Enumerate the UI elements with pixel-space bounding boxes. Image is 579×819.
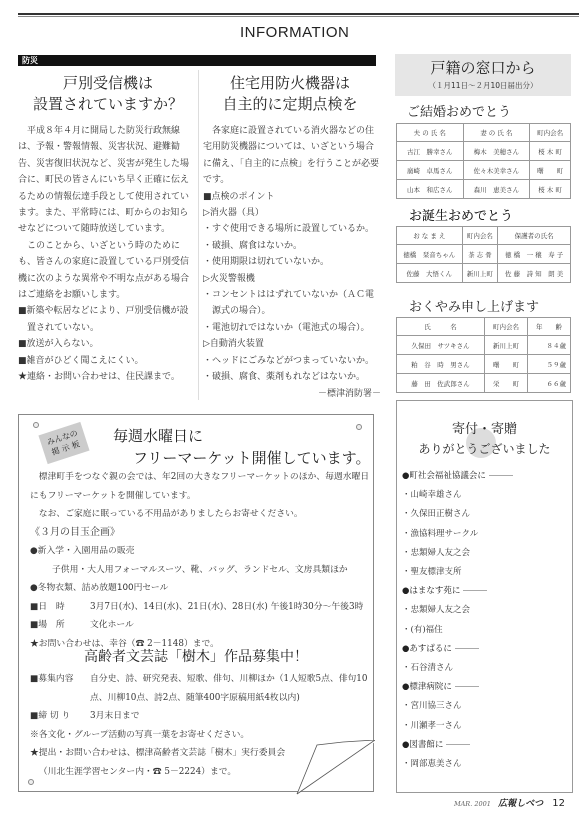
content-label: ■募集内容 [30,670,90,707]
marriage-title: ご結婚おめでとう [407,101,511,120]
birth-title: お誕生おめでとう [409,205,513,224]
donation-org: ●町社会福祉協議会に [402,467,570,486]
cell: 茶 志 骨 [462,245,498,264]
header-cell: 夫 の 氏 名 [397,124,464,142]
points-heading: ■点検のポイント [203,189,381,205]
plan-detail: 子供用・大人用フォーマルスーツ、靴、バッグ、ランドセル、文房具類ほか [30,561,370,580]
page-curl-icon [295,740,375,795]
cell: 徳 橋 一 穣 寿 子 [498,245,571,264]
table-row: 古江 勝幸さん 梅木 美穂さん 桜 木 町 [397,142,571,161]
donor: ・川瀬孝一さん [402,717,570,736]
donor: ・宮川協三さん [402,697,570,716]
donation-org: ●標津病院に [402,678,570,697]
section-bar-bosai: 防災 [18,55,376,66]
org-name: ●はまなす苑に [402,586,460,596]
org-name: ●町社会福祉協議会に [402,471,486,481]
donation-org: ●あすぱるに [402,640,570,659]
content-value: 自分史、詩、研究発表、短歌、俳句、川柳ほか（1人短歌5点、俳句10点、川柳10点… [90,670,375,707]
date-value: 3月7日(水)、14日(水)、21日(水)、28日(水) 午後1時30分～午後3… [90,602,363,612]
condolence-table: 氏 名 町内会名 年 齢 久保田 サツキさん 新川上町 ８４歳 粕 谷 時 男さ… [396,317,571,393]
cell: 曙 町 [485,355,528,374]
koseki-period: （１月11日～２月10日届出分） [395,80,571,91]
donor: ・久保田正樹さん [402,505,570,524]
org-name: ●あすぱるに [402,644,452,654]
table-header-row: 夫 の 氏 名 妻 の 氏 名 町内会名 [397,124,571,142]
paragraph: 各家庭に設置されている消火器などの住宅用防災機器については、いざという場合に備え… [203,123,381,189]
table-header-row: 氏 名 町内会名 年 齢 [397,318,571,336]
header-cell: 妻 の 氏 名 [463,124,530,142]
plan-item: ●新入学・入園用品の販売 [30,542,370,561]
plan-heading: 《３月の目玉企画》 [30,524,370,543]
list-item: ・ヘッドにごみなどがつまっていないか。 [203,353,381,369]
magazine-name: 広報しべつ [498,799,543,809]
article-body-receiver: 平成８年４月に開局した防災行政無線は、予報・警報情報、災害状況、避難勧告、災害復… [18,123,194,386]
list-item: ・すぐ使用できる場所に設置しているか。 [203,221,381,237]
donation-org: ●はまなす苑に [402,582,570,601]
title-line-1: 戸別受信機は [18,73,198,94]
page-title: INFORMATION [240,24,349,41]
literary-title: 高齢者文芸誌「樹木」作品募集中！ [18,646,374,666]
condolence-title: おくやみ申し上げます [409,296,539,315]
group-heading: ▷消火器（具） [203,205,381,221]
article-body-fire-equipment: 各家庭に設置されている消火器などの住宅用防災機器については、いざという場合に備え… [203,123,381,402]
date-label: ■日 時 [30,598,90,617]
donor: ・聖友標津支所 [402,563,570,582]
title-line-2: 自主的に定期点検を [200,94,380,115]
cell: 藤 田 佐武郎さん [397,374,485,393]
donations-title: 寄付・寄贈 [396,418,573,437]
header-cell: 年 齢 [528,318,571,336]
cell: 桜 木 町 [530,142,571,161]
list-item: ■新築や転居などにより、戸別受信機が設置されていない。 [18,303,194,336]
issue-date: MAR. 2001 [454,800,491,808]
header-cell: 町内会名 [462,227,498,245]
market-body: 標津町手をつなぐ親の会では、年2回の大きなフリーマーケットのほか、毎週水曜日にも… [30,468,370,653]
list-item: ■放送が入らない。 [18,336,194,352]
cell: 新川上町 [462,264,498,283]
org-name: ●標津病院に [402,682,452,692]
cell: 栄 町 [485,374,528,393]
header-cell: 町内会名 [530,124,571,142]
paragraph: 標津町手をつなぐ親の会では、年2回の大きなフリーマーケットのほか、毎週水曜日にも… [30,468,370,505]
section-label: 防災 [22,55,38,66]
header-cell: 町内会名 [485,318,528,336]
list-item: ・電池切れではないか（電池式の場合）。 [203,320,381,336]
list-item: ・コンセントははずれていないか（ＡＣ電源式の場合）。 [203,287,381,320]
cell: 久保田 サツキさん [397,336,485,355]
cell: 佐藤 大悟くん [397,264,463,283]
market-title-line-2: フリーマーケット開催しています。 [133,447,370,468]
title-line-1: 住宅用防火機器は [200,73,380,94]
donor: ・漁協料理サークル [402,525,570,544]
pin-icon [33,422,39,428]
paragraph: 平成８年４月に開局した防災行政無線は、予報・警報情報、災害状況、避難勧告、災害復… [18,123,194,238]
plan-item: ●冬物衣類、詰め放題100円セール [30,579,370,598]
header-rule-thin [18,16,579,17]
place-value: 文化ホール [90,620,134,630]
cell: 廣崎 卓馬さん [397,161,464,180]
donor: ・忠類婦人友之会 [402,544,570,563]
article-title-receiver: 戸別受信機は 設置されていますか？ [18,73,198,115]
list-item: ■雑音がひどく聞こえにくい。 [18,353,194,369]
cell: ８４歳 [528,336,571,355]
signature: －標津消防署－ [203,386,381,402]
cell: 新川上町 [485,336,528,355]
cell: 古江 勝幸さん [397,142,464,161]
group-heading: ▷自動消火装置 [203,336,381,352]
birth-table: お な ま え 町内会名 保護者の氏名 徳橋 栞音ちゃん 茶 志 骨 徳 橋 一… [396,226,571,283]
donor: ・石谷清さん [402,659,570,678]
cell: 粕 谷 時 男さん [397,355,485,374]
page-footer: MAR. 2001 広報しべつ 12 [454,796,565,809]
header-cell: 保護者の氏名 [498,227,571,245]
org-name: ●図書館に [402,740,443,750]
donor: ・山崎幸雄さん [402,486,570,505]
donor: ・忠類婦人友之会 [402,601,570,620]
deadline-label: ■締 切 り [30,707,90,726]
donor: ・(有)福住 [402,621,570,640]
header-rule [18,13,579,15]
donor: ・岡部恵美さん [402,755,570,774]
cell: 佐々木美幸さん [463,161,530,180]
table-row: 山本 和広さん 森川 恵美さん 桜 木 町 [397,180,571,199]
contact-note: ★連絡・お問い合わせは、住民課まで。 [18,369,194,385]
donation-org: ●図書館に [402,736,570,755]
table-row: 徳橋 栞音ちゃん 茶 志 骨 徳 橋 一 穣 寿 子 [397,245,571,264]
table-row: 廣崎 卓馬さん 佐々木美幸さん 曙 町 [397,161,571,180]
table-row: 佐藤 大悟くん 新川上町 佐 藤 詩 知 朗 美 [397,264,571,283]
table-row: 藤 田 佐武郎さん 栄 町 ６６歳 [397,374,571,393]
pin-icon [356,424,362,430]
cell: 曙 町 [530,161,571,180]
page-number: 12 [552,798,565,809]
title-line-2: 設置されていますか？ [18,94,198,115]
table-header-row: お な ま え 町内会名 保護者の氏名 [397,227,571,245]
place-label: ■場 所 [30,616,90,635]
article-title-fire-equipment: 住宅用防火機器は 自主的に定期点検を [200,73,380,115]
cell: 山本 和広さん [397,180,464,199]
donations-list: ●町社会福祉協議会に ・山崎幸雄さん ・久保田正樹さん ・漁協料理サークル ・忠… [402,467,570,774]
marriage-table: 夫 の 氏 名 妻 の 氏 名 町内会名 古江 勝幸さん 梅木 美穂さん 桜 木… [396,123,571,199]
cell: 徳橋 栞音ちゃん [397,245,463,264]
list-item: ・破損、腐食、薬剤もれなどはないか。 [203,369,381,385]
paragraph: このことから、いざという時のためにも、皆さんの家庭に設置している戸別受信機に次の… [18,238,194,304]
cell: ５９歳 [528,355,571,374]
table-row: 久保田 サツキさん 新川上町 ８４歳 [397,336,571,355]
paragraph: なお、ご家庭に眠っている不用品がありましたらお寄せください。 [30,505,370,524]
column-divider [198,70,199,400]
table-row: 粕 谷 時 男さん 曙 町 ５９歳 [397,355,571,374]
cell: 桜 木 町 [530,180,571,199]
cell: 佐 藤 詩 知 朗 美 [498,264,571,283]
cell: 森川 恵美さん [463,180,530,199]
deadline-value: 3月末日まで [90,711,140,721]
header-cell: 氏 名 [397,318,485,336]
cell: 梅木 美穂さん [463,142,530,161]
market-title-line-1: 毎週水曜日に [113,425,203,446]
list-item: ・破損、腐食はないか。 [203,238,381,254]
list-item: ・使用期限は切れていないか。 [203,254,381,270]
group-heading: ▷火災警報機 [203,271,381,287]
cell: ６６歳 [528,374,571,393]
donations-subtitle: ありがとうございました [396,440,573,457]
koseki-title: 戸籍の窓口から [395,57,571,78]
header-cell: お な ま え [397,227,463,245]
